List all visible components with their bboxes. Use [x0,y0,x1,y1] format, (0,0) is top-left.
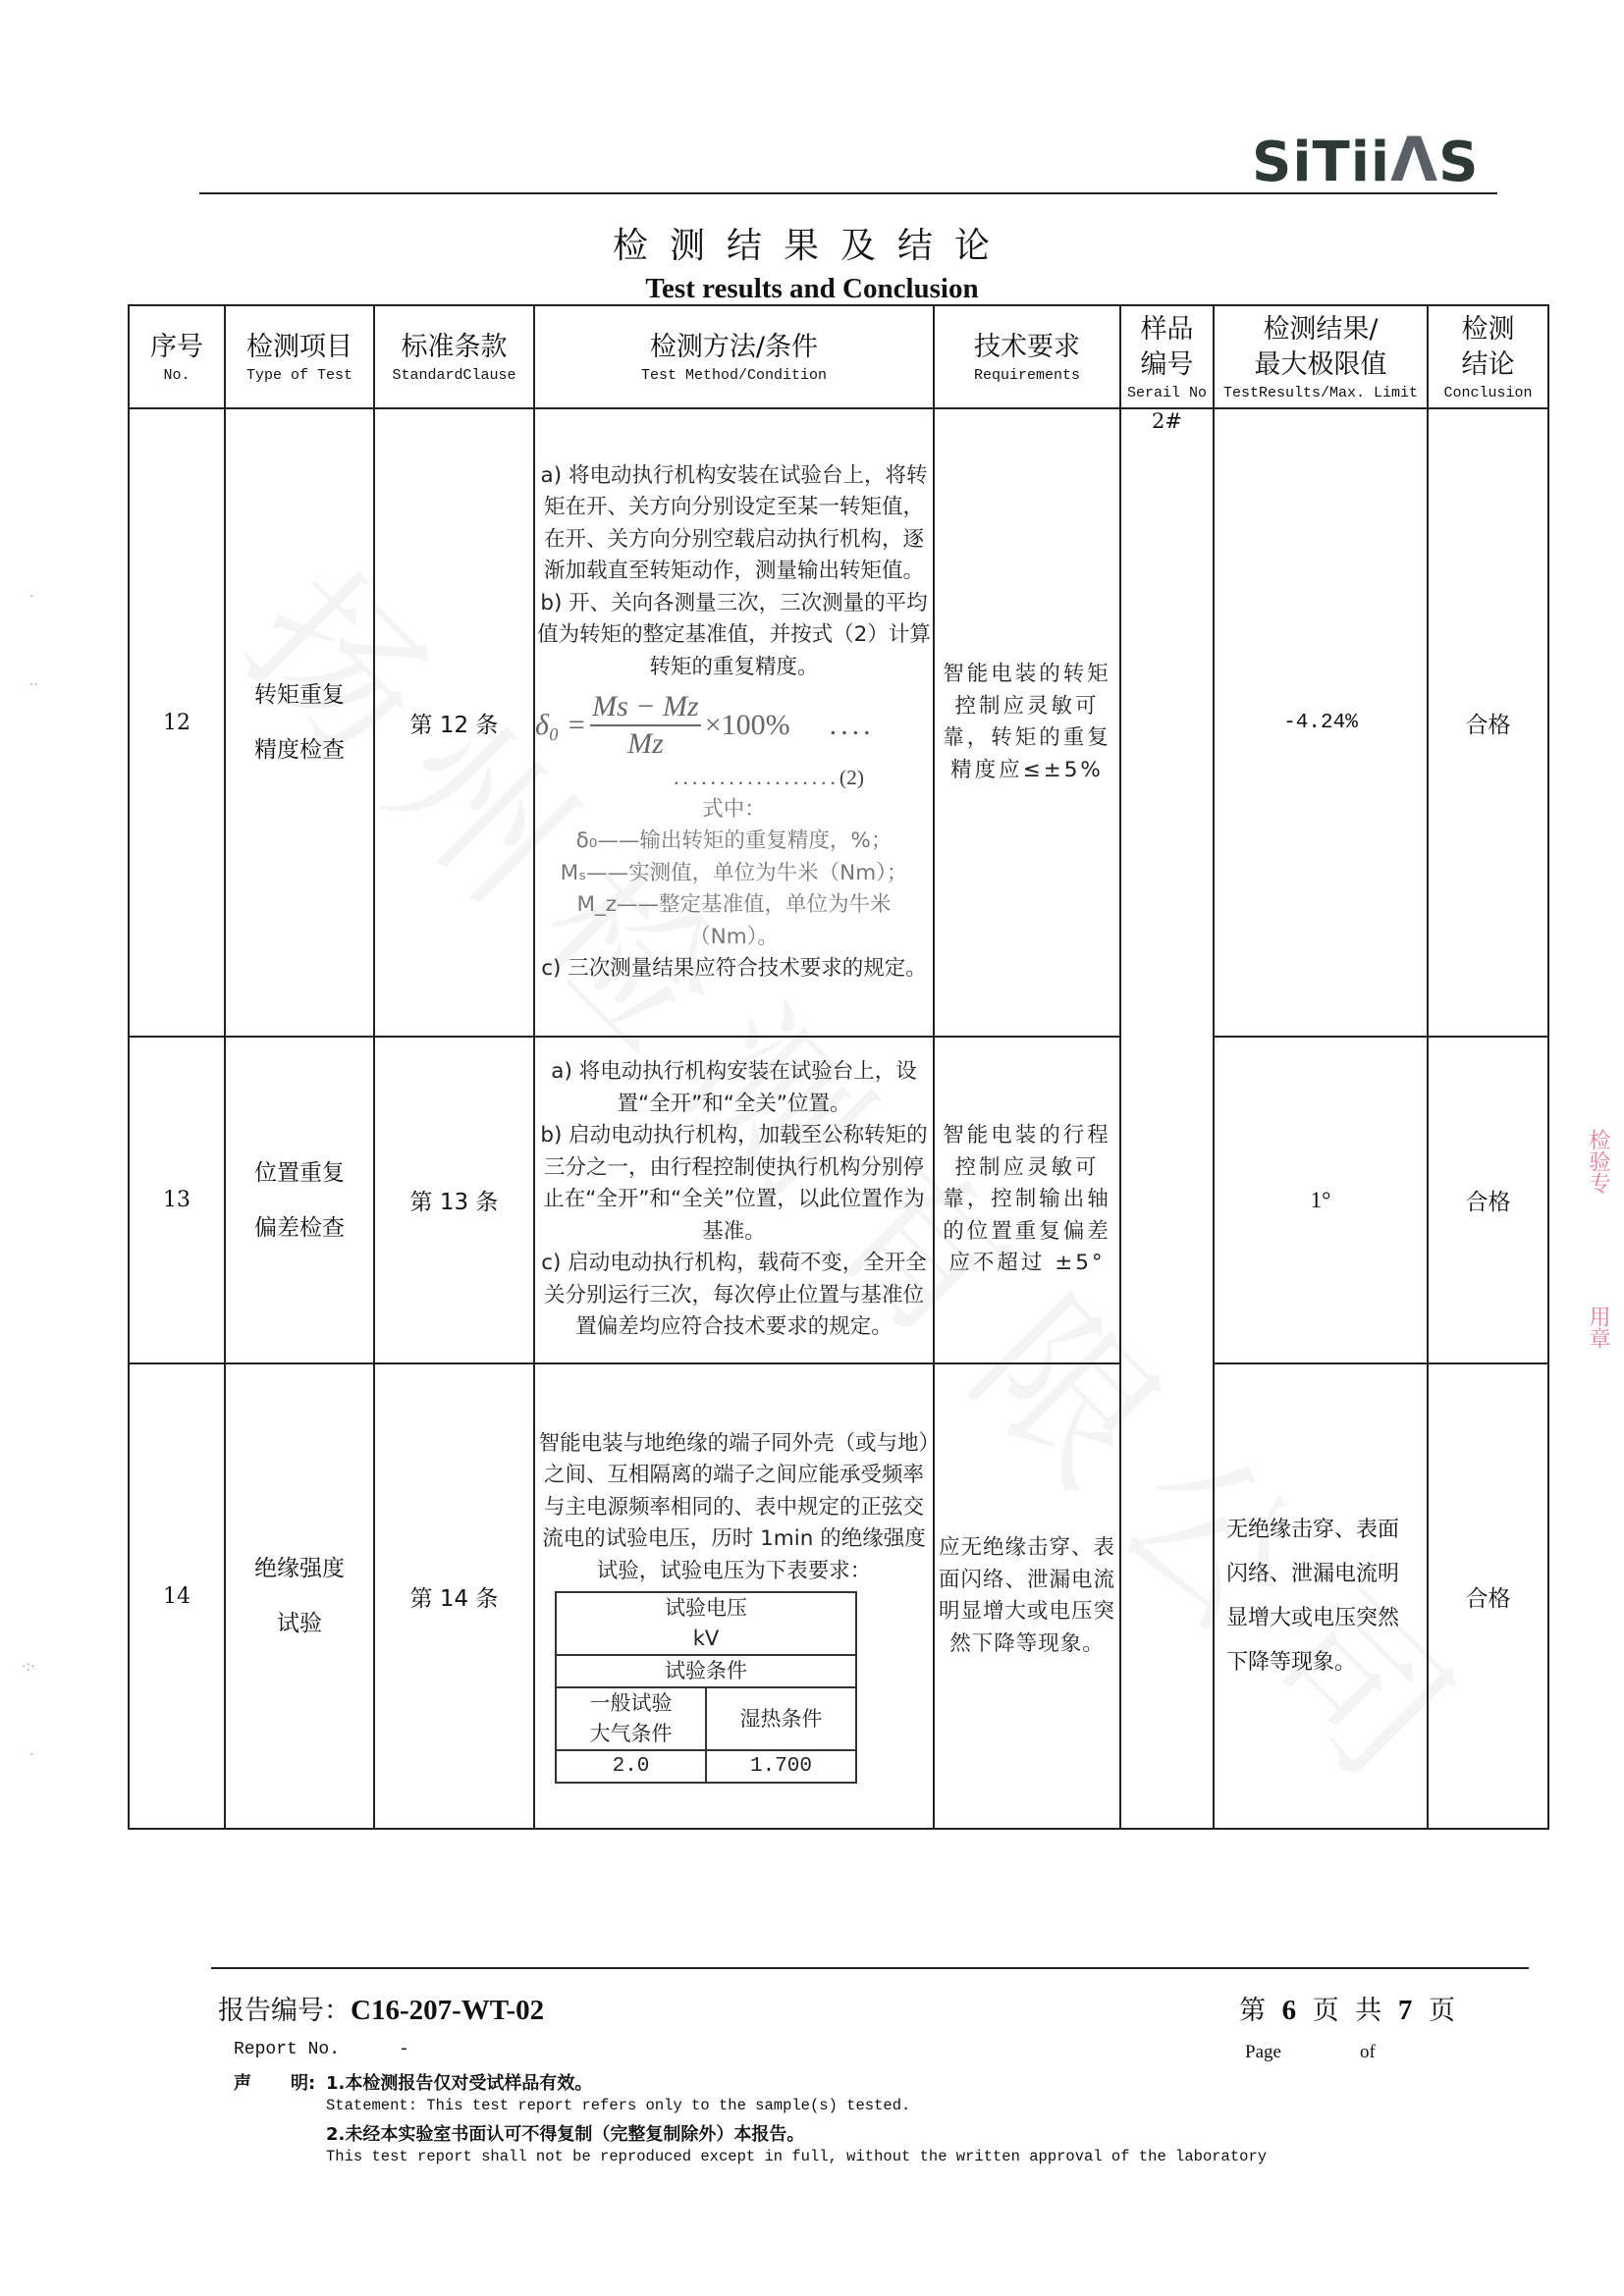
seal-stamp-fragment: 用章 [1583,1306,1613,1349]
col-header-requirements: 技术要求Requirements [934,305,1120,408]
col-header-method: 检测方法/条件Test Method/Condition [534,305,934,408]
scan-speck: · [29,589,33,605]
row-result: 1° [1214,1037,1428,1363]
seal-stamp-fragment: 检验专 [1583,1129,1613,1194]
row-result: 无绝缘击穿、表面闪络、泄漏电流明显增大或电压突然下降等现象。 [1214,1363,1428,1829]
scan-speck: · [29,1747,33,1763]
page-title-en: Test results and Conclusion [0,273,1624,305]
scan-speck: ·· [29,677,38,693]
row-no: 12 [129,408,225,1037]
row-requirement: 智能电装的行程控制应灵敏可靠，控制输出轴的位置重复偏差应不超过 ±5° [934,1037,1120,1363]
table-row: 12 转矩重复精度检查 第 12 条 a) 将电动执行机构安装在试验台上，将转矩… [129,408,1548,1037]
col-header-clause: 标准条款StandardClause [374,305,534,408]
method-step-a: a) 将电动执行机构安装在试验台上，将转矩在开、关方向分别设定至某一转矩值，在开… [535,460,933,588]
row-clause: 第 14 条 [374,1363,534,1829]
voltage-table-col-general: 一般试验大气条件 [556,1687,706,1750]
row-clause: 第 13 条 [374,1037,534,1363]
logo-tail: S [1438,131,1479,194]
report-number: 报告编号：C16-207-WT-02 [218,1989,544,2027]
results-table: 序号No. 检测项目Type of Test 标准条款StandardClaus… [128,304,1549,1830]
row-test-type: 转矩重复精度检查 [225,408,374,1037]
logo-text: SiTii [1252,131,1390,194]
voltage-table: 试验电压kV 试验条件 一般试验大气条件 湿热条件 2.0 1.700 [555,1591,857,1784]
row-conclusion: 合格 [1428,408,1548,1037]
voltage-table-col-humid: 湿热条件 [706,1687,856,1750]
formula-def-delta: δ₀——输出转矩的重复精度，%； [535,826,933,858]
formula-number: ..................(2) [535,762,933,794]
formula-def-mz: M_z——整定基准值，单位为牛米 [535,889,933,922]
col-header-serial: 样品编号Serail No [1120,305,1214,408]
method-text: 智能电装与地绝缘的端子同外壳（或与地）之间、互相隔离的端子之间应能承受频率与主电… [535,1428,933,1588]
row-conclusion: 合格 [1428,1037,1548,1363]
serial-no: 2# [1120,408,1214,1829]
method-step-b: b) 开、关向各测量三次，三次测量的平均值为转矩的整定基准值，并按式（2）计算转… [535,588,933,684]
statement-1-en: Statement: This test report refers only … [326,2097,910,2114]
statement-2-en: This test report shall not be reproduced… [326,2148,1267,2165]
header-divider [199,192,1497,194]
company-logo: SiTiiΛS [1252,130,1479,190]
method-step-c: c) 三次测量结果应符合技术要求的规定。 [535,953,933,986]
statement-1-cn: 1.本检测报告仅对受试样品有效。 [326,2069,592,2095]
logo-accent: Λ [1390,124,1438,195]
method-step-b: b) 启动电动执行机构，加载至公称转矩的三分之一，由行程控制使执行机构分别停止在… [535,1120,933,1248]
row-method: 智能电装与地绝缘的端子同外壳（或与地）之间、互相隔离的端子之间应能承受频率与主电… [534,1363,934,1829]
voltage-table-header: 试验电压kV [556,1592,856,1655]
formula: δ₀ = Ms − MzMz ×100% .... [535,689,933,762]
col-header-conclusion: 检测结论Conclusion [1428,305,1548,408]
table-row: 14 绝缘强度试验 第 14 条 智能电装与地绝缘的端子同外壳（或与地）之间、互… [129,1363,1548,1829]
report-number-en: Report No.- [234,2040,409,2059]
row-no: 13 [129,1037,225,1363]
row-test-type: 绝缘强度试验 [225,1363,374,1829]
col-header-type: 检测项目Type of Test [225,305,374,408]
row-requirement: 应无绝缘击穿、表面闪络、泄漏电流明显增大或电压突然下降等现象。 [934,1363,1120,1829]
row-clause: 第 12 条 [374,408,534,1037]
row-test-type: 位置重复偏差检查 [225,1037,374,1363]
row-method: a) 将电动执行机构安装在试验台上，设置“全开”和“全关”位置。 b) 启动电动… [534,1037,934,1363]
row-conclusion: 合格 [1428,1363,1548,1829]
row-result: -4.24% [1214,408,1428,1037]
row-requirement: 智能电装的转矩控制应灵敏可靠，转矩的重复精度应≤±5% [934,408,1120,1037]
statement-label: 声明: [234,2069,315,2095]
formula-def-mz-unit: （Nm）。 [535,922,933,954]
method-step-c: c) 启动电动执行机构，载荷不变，全开全关分别运行三次，每次停止位置与基准位置偏… [535,1248,933,1344]
table-header-row: 序号No. 检测项目Type of Test 标准条款StandardClaus… [129,305,1548,408]
scan-speck: ·:· [22,1659,35,1675]
row-no: 14 [129,1363,225,1829]
col-header-no: 序号No. [129,305,225,408]
page-indicator-en: Pageof [1245,2042,1376,2063]
footer-divider [211,1967,1529,1969]
page-title-cn: 检测结果及结论 [0,218,1624,268]
method-step-a: a) 将电动执行机构安装在试验台上，设置“全开”和“全关”位置。 [535,1056,933,1120]
voltage-table-val-humid: 1.700 [706,1750,856,1783]
voltage-table-subheader: 试验条件 [556,1655,856,1687]
formula-where: 式中： [535,794,933,827]
row-method: a) 将电动执行机构安装在试验台上，将转矩在开、关方向分别设定至某一转矩值，在开… [534,408,934,1037]
col-header-result: 检测结果/最大极限值TestResults/Max. Limit [1214,305,1428,408]
table-row: 13 位置重复偏差检查 第 13 条 a) 将电动执行机构安装在试验台上，设置“… [129,1037,1548,1363]
formula-def-ms: Mₛ——实测值，单位为牛米（Nm）； [535,858,933,890]
voltage-table-val-general: 2.0 [556,1750,706,1783]
statement-2-cn: 2.未经本实验室书面认可不得复制（完整复制除外）本报告。 [326,2120,804,2146]
page-indicator: 第 6 页 共 7 页 [1239,1989,1455,2027]
